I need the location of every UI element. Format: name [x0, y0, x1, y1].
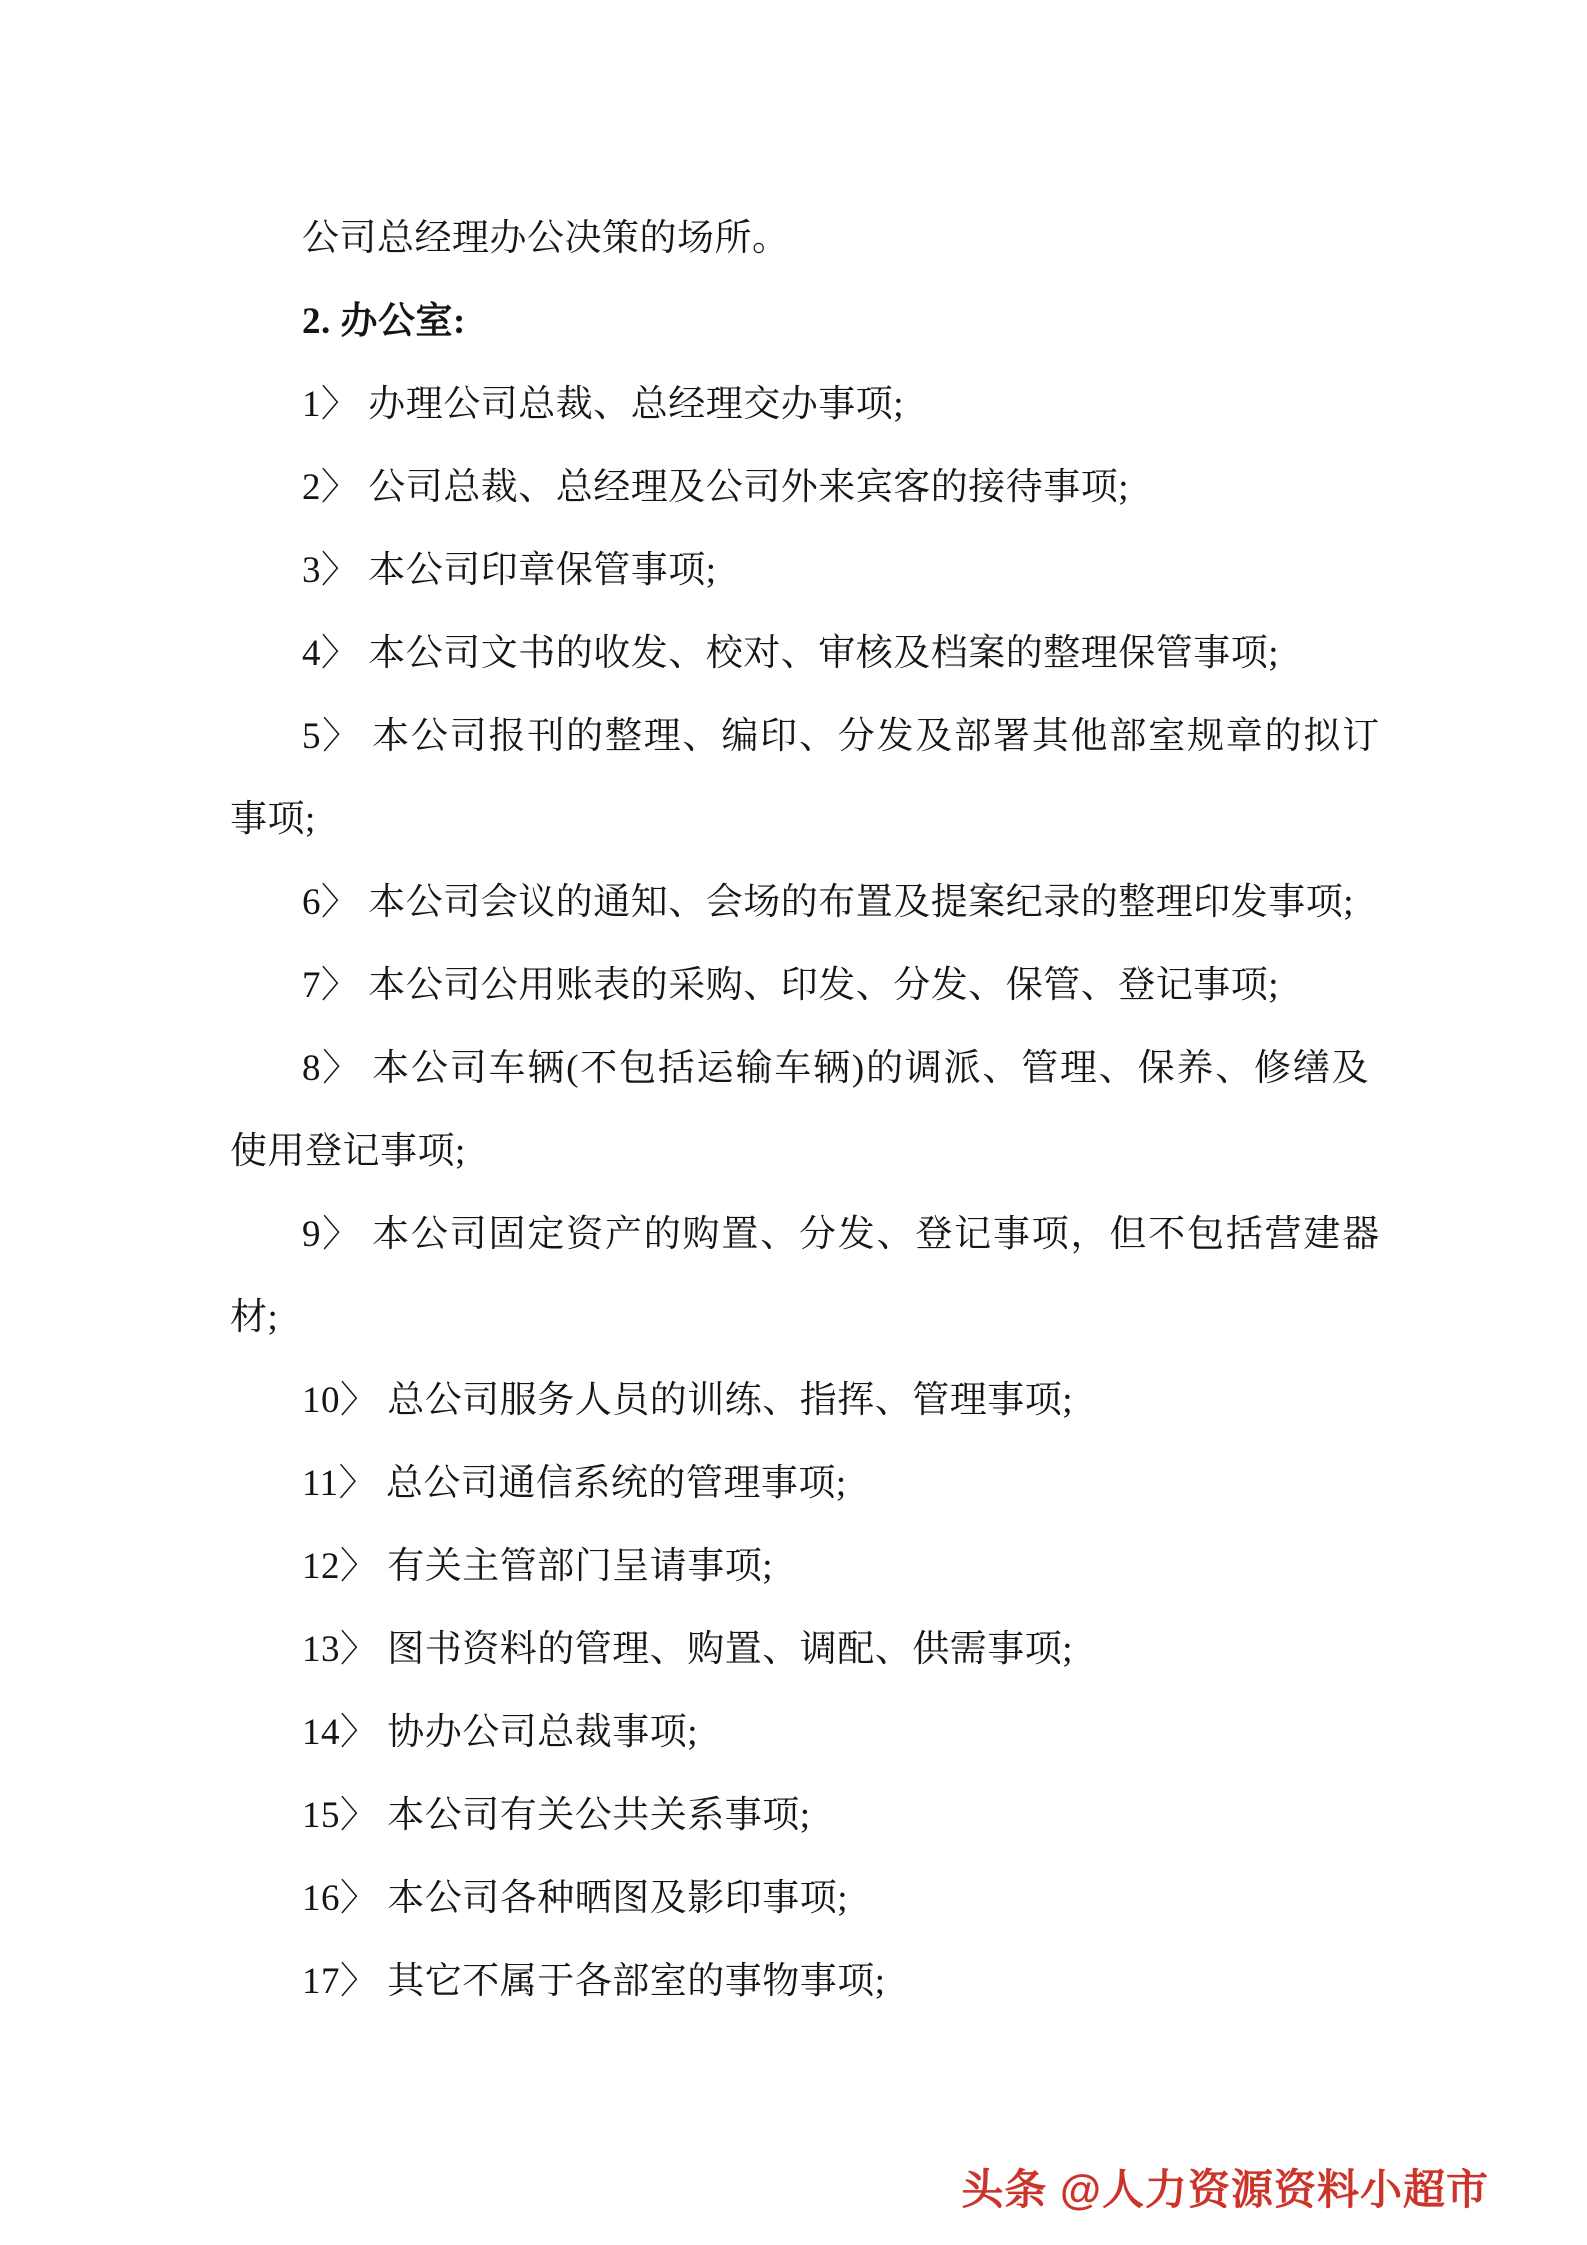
text-line: 11〉 总公司通信系统的管理事项;	[230, 1442, 1357, 1525]
text-line: 13〉 图书资料的管理、购置、调配、供需事项;	[230, 1608, 1357, 1691]
text-line: 4〉 本公司文书的收发、校对、审核及档案的整理保管事项;	[230, 612, 1357, 695]
text-line: 16〉 本公司各种晒图及影印事项;	[230, 1857, 1357, 1940]
text-line: 材;	[230, 1276, 1357, 1359]
text-line: 使用登记事项;	[230, 1110, 1357, 1193]
text-line: 15〉 本公司有关公共关系事项;	[230, 1774, 1357, 1857]
text-line: 2〉 公司总裁、总经理及公司外来宾客的接待事项;	[230, 446, 1357, 529]
text-line: 1〉 办理公司总裁、总经理交办事项;	[230, 363, 1357, 446]
text-line: 5〉 本公司报刊的整理、编印、分发及部署其他部室规章的拟订	[230, 695, 1357, 778]
text-line: 12〉 有关主管部门呈请事项;	[230, 1525, 1357, 1608]
document-body: 公司总经理办公决策的场所。2. 办公室:1〉 办理公司总裁、总经理交办事项;2〉…	[230, 197, 1357, 2023]
text-line: 14〉 协办公司总裁事项;	[230, 1691, 1357, 1774]
document-page: 公司总经理办公决策的场所。2. 办公室:1〉 办理公司总裁、总经理交办事项;2〉…	[0, 0, 1587, 2245]
text-line: 7〉 本公司公用账表的采购、印发、分发、保管、登记事项;	[230, 944, 1357, 1027]
text-line: 17〉 其它不属于各部室的事物事项;	[230, 1940, 1357, 2023]
text-line: 3〉 本公司印章保管事项;	[230, 529, 1357, 612]
text-line: 10〉 总公司服务人员的训练、指挥、管理事项;	[230, 1359, 1357, 1442]
text-line: 8〉 本公司车辆(不包括运输车辆)的调派、管理、保养、修缮及	[230, 1027, 1357, 1110]
text-line: 6〉 本公司会议的通知、会场的布置及提案纪录的整理印发事项;	[230, 861, 1357, 944]
text-line: 公司总经理办公决策的场所。	[230, 197, 1357, 280]
watermark-text: 头条 @人力资源资料小超市	[961, 2157, 1489, 2217]
text-line: 9〉 本公司固定资产的购置、分发、登记事项，但不包括营建器	[230, 1193, 1357, 1276]
text-line: 事项;	[230, 778, 1357, 861]
section-heading: 2. 办公室:	[230, 280, 1357, 363]
